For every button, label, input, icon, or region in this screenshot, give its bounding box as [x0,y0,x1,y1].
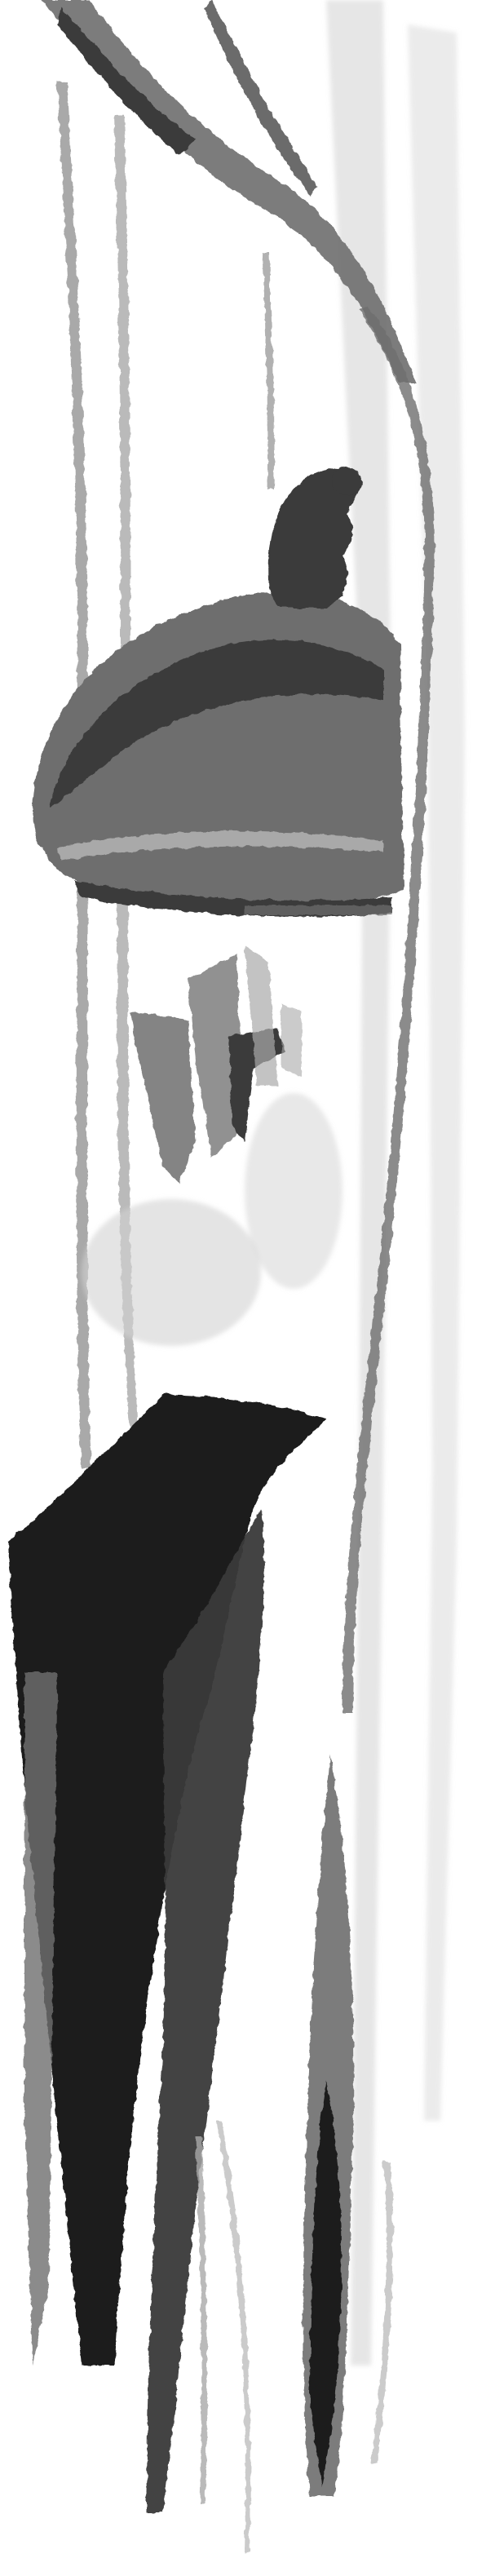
ink-painting [0,0,495,2576]
